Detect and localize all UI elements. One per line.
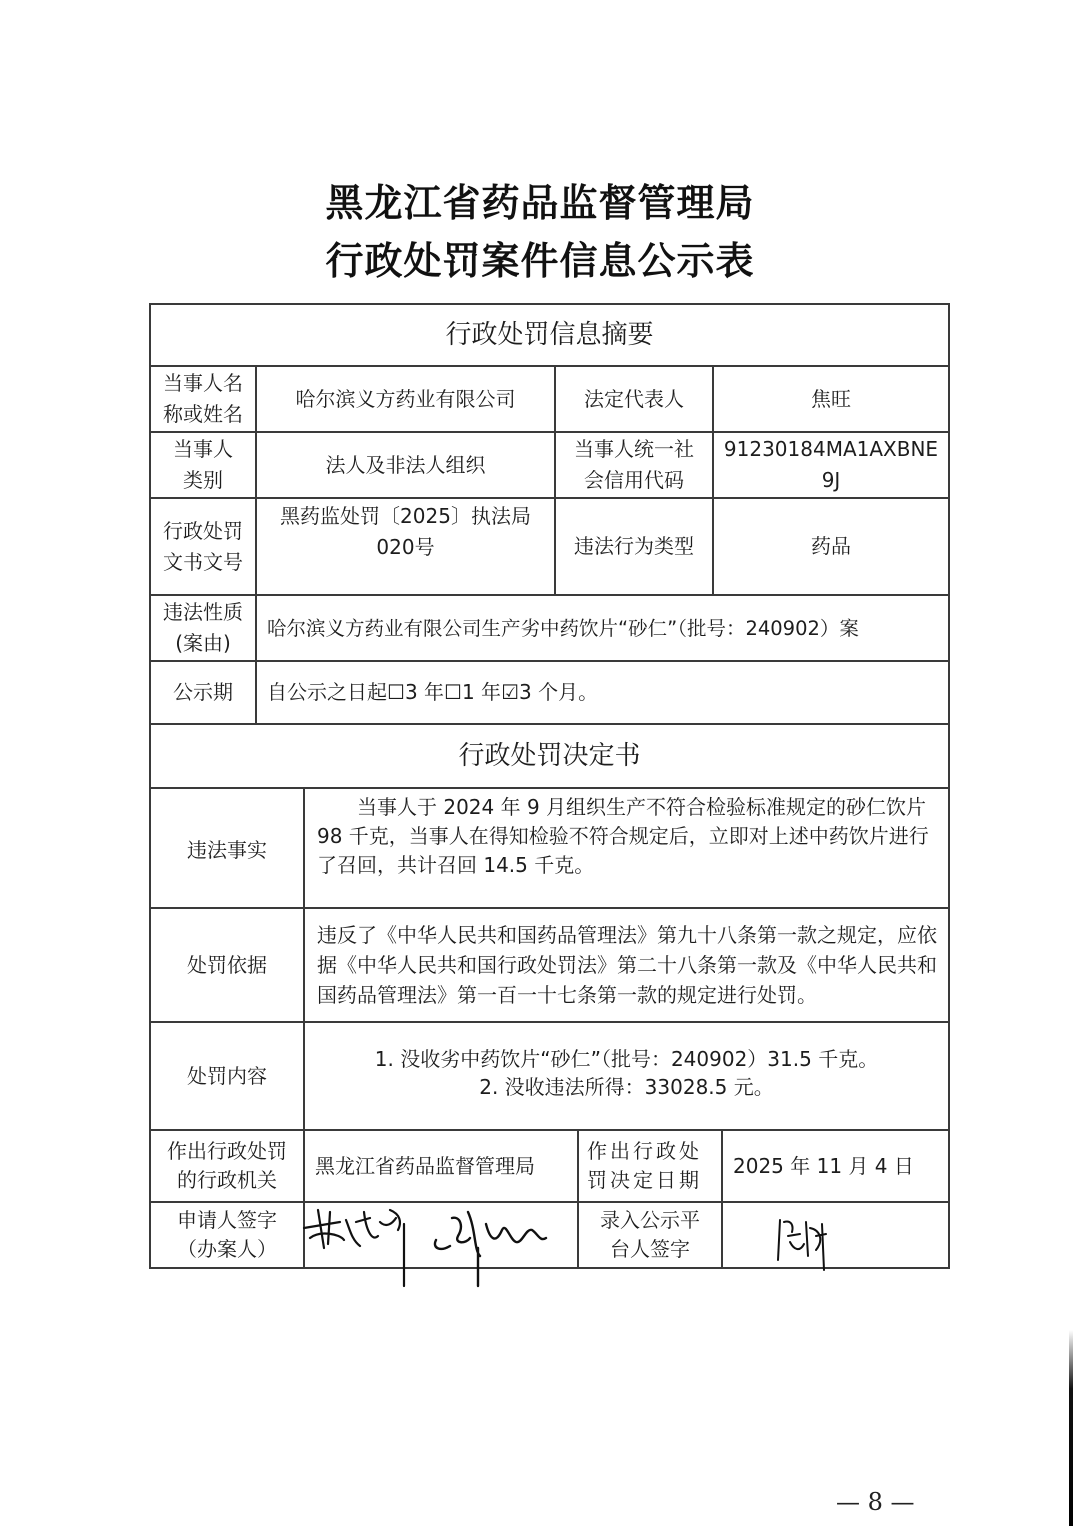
period-option-3-months-checkbox[interactable]: ☑ <box>501 677 519 708</box>
period-option-1-year-label: 1 年 <box>462 677 501 708</box>
document-title-line1: 黑龙江省药品监督管理局 <box>0 172 1080 227</box>
facts-label: 违法事实 <box>151 789 303 907</box>
case-nature-label: 违法性质(案由) <box>151 596 255 660</box>
period-option-3-months-label: 3 个月。 <box>519 677 598 708</box>
penalty-item-1: 1. 没收劣中药饮片“砂仁”（批号：240902）31.5 千克。 <box>375 1045 878 1073</box>
violation-type-label: 违法行为类型 <box>556 499 712 594</box>
doc-number-label: 行政处罚文书文号 <box>151 499 255 594</box>
period-option-1-year-checkbox[interactable]: ☐ <box>444 677 462 708</box>
period-option-3-years-label: 3 年 <box>405 677 444 708</box>
penalty-content-label: 处罚内容 <box>151 1023 303 1129</box>
legal-rep-label: 法定代表人 <box>556 367 712 431</box>
page-number: — 8 — <box>836 1488 915 1516</box>
legal-rep-value: 焦旺 <box>714 367 948 431</box>
party-name-label: 当事人名称或姓名 <box>151 367 255 431</box>
handwritten-signature-1 <box>300 1200 420 1290</box>
violation-type-value: 药品 <box>714 499 948 594</box>
penalty-content-value: 1. 没收劣中药饮片“砂仁”（批号：240902）31.5 千克。 2. 没收违… <box>305 1023 948 1129</box>
authority-value: 黑龙江省药品监督管理局 <box>305 1131 577 1201</box>
party-type-label: 当事人类别 <box>151 433 255 497</box>
authority-label: 作出行政处罚的行政机关 <box>151 1131 303 1201</box>
basis-value: 违反了《中华人民共和国药品管理法》第九十八条第一款之规定，应依据《中华人民共和国… <box>305 909 948 1021</box>
penalty-item-2: 2. 没收违法所得：33028.5 元。 <box>479 1073 774 1101</box>
publicity-period-label: 公示期 <box>151 662 255 723</box>
credit-code-label: 当事人统一社会信用代码 <box>556 433 712 497</box>
facts-value: 当事人于 2024 年 9 月组织生产不符合检验标准规定的砂仁饮片 98 千克，… <box>305 789 948 907</box>
period-option-3-years-checkbox[interactable]: ☐ <box>387 677 405 708</box>
period-prefix: 自公示之日起 <box>267 677 387 708</box>
credit-code-value: 91230184MA1AXBNE9J <box>714 433 948 497</box>
decision-date-label: 作出行政处罚决定日期 <box>579 1131 721 1201</box>
publicity-period-value: 自公示之日起 ☐3 年 ☐1 年 ☑3 个月。 <box>257 662 948 723</box>
party-name-value: 哈尔滨义方药业有限公司 <box>257 367 554 431</box>
handwritten-signature-3 <box>770 1210 840 1275</box>
basis-label: 处罚依据 <box>151 909 303 1021</box>
party-type-value: 法人及非法人组织 <box>257 433 554 497</box>
summary-section-title: 行政处罚信息摘要 <box>151 305 948 365</box>
doc-number-value: 黑药监处罚〔2025〕执法局020号 <box>257 499 554 594</box>
handwritten-signature-2 <box>430 1200 570 1290</box>
document-title-line2: 行政处罚案件信息公示表 <box>0 230 1080 285</box>
decision-section-title: 行政处罚决定书 <box>151 725 948 787</box>
scan-edge-shadow <box>1069 1330 1073 1526</box>
case-nature-value: 哈尔滨义方药业有限公司生产劣中药饮片“砂仁”（批号：240902）案 <box>257 596 948 660</box>
decision-date-value: 2025 年 11 月 4 日 <box>723 1131 948 1201</box>
applicant-signature-label: 申请人签字（办案人） <box>151 1203 303 1267</box>
platform-signature-label: 录入公示平台人签字 <box>579 1203 721 1267</box>
